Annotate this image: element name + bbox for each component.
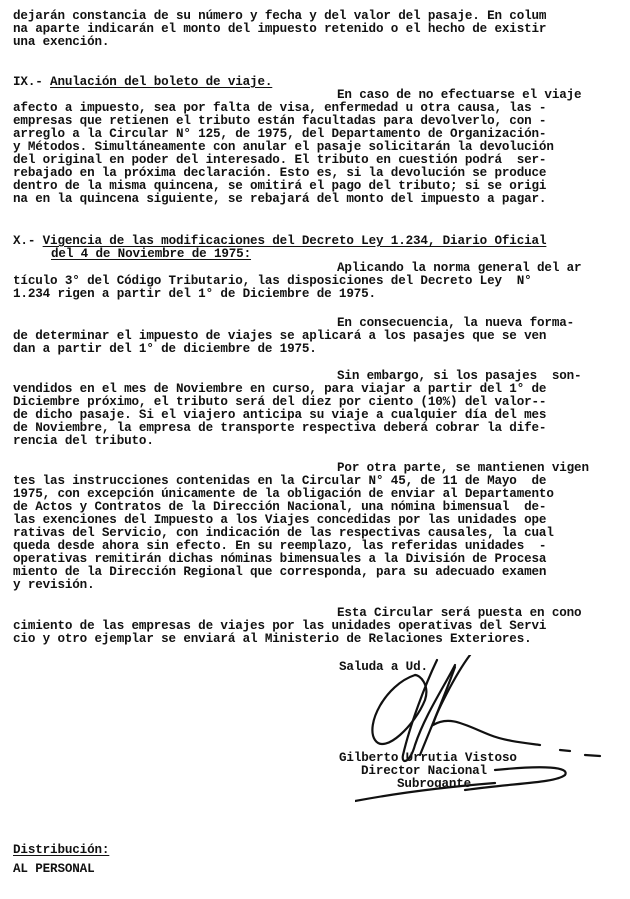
section-ix-heading: IX.- Anulación del boleto de viaje. (13, 76, 272, 89)
text-line: una exención. (13, 36, 109, 49)
text-line: 1.234 rigen a partir del 1° de Diciembre… (13, 288, 376, 301)
signer-role: Subrogante (397, 778, 471, 791)
text-line: na en la quincena siguiente, se rebajará… (13, 193, 546, 206)
text-line: dan a partir del 1° de diciembre de 1975… (13, 343, 317, 356)
section-title-cont: del 4 de Noviembre de 1975: (51, 247, 251, 261)
distribution-recipient: AL PERSONAL (13, 863, 94, 876)
section-title: Anulación del boleto de viaje. (50, 75, 272, 89)
distribution-label: Distribución: (13, 844, 109, 857)
section-title: Vigencia de las modificaciones del Decre… (43, 234, 547, 248)
text-line: cio y otro ejemplar se enviará al Minist… (13, 633, 532, 646)
document-page: dejarán constancia de su número y fecha … (0, 0, 630, 899)
handwritten-signature-icon (355, 655, 615, 805)
section-x-heading-line2: del 4 de Noviembre de 1975: (51, 248, 251, 261)
text-line: rencia del tributo. (13, 435, 154, 448)
text-line: y revisión. (13, 579, 94, 592)
section-number: X.- (13, 234, 43, 248)
section-number: IX.- (13, 75, 50, 89)
